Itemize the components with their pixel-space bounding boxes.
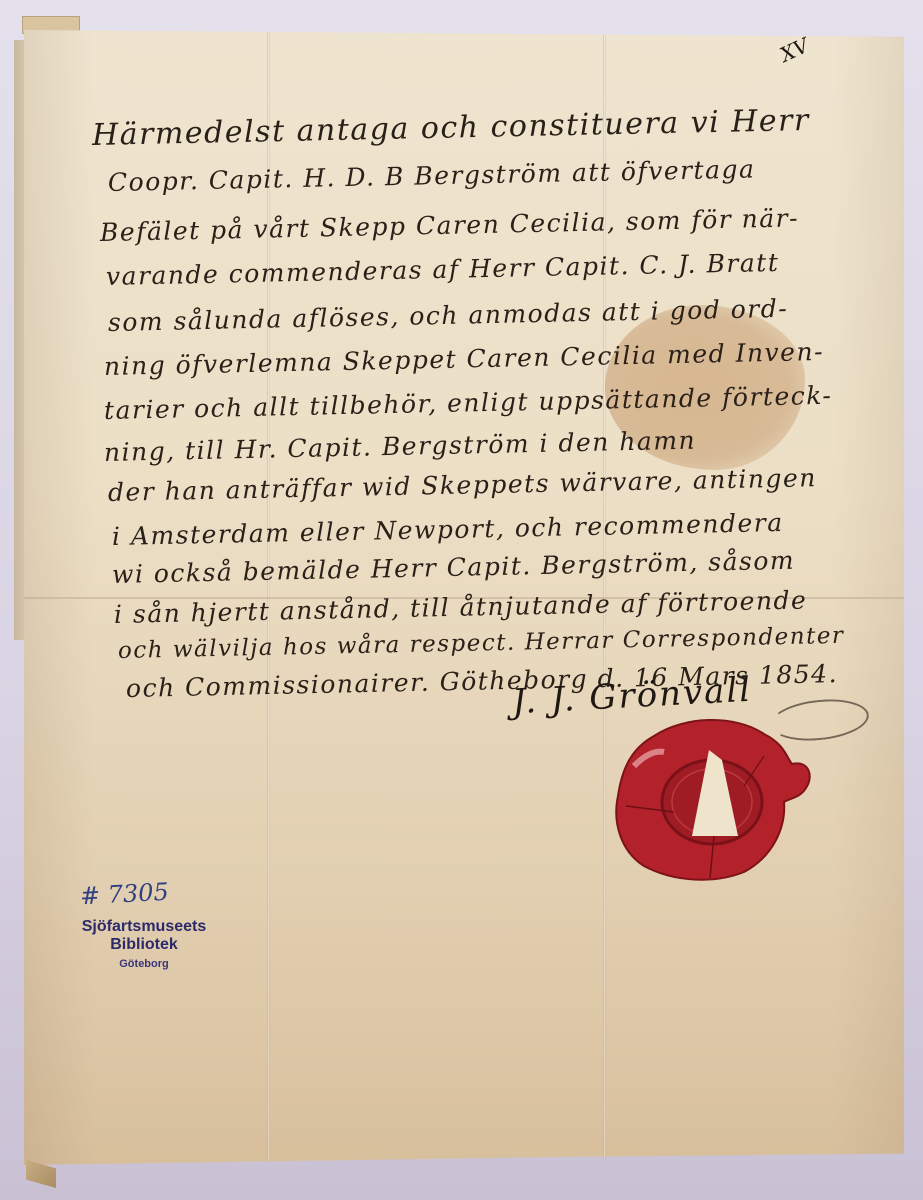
library-stamp: # 7305 Sjöfartsmuseets Bibliotek Götebor…: [44, 880, 244, 970]
catalog-number: # 7305: [79, 878, 169, 911]
stamp-city: Göteborg: [44, 958, 244, 970]
stamp-library: Bibliotek: [44, 936, 244, 954]
stamp-museum-name: Sjöfartsmuseets: [44, 918, 244, 936]
wax-seal: [614, 716, 814, 882]
